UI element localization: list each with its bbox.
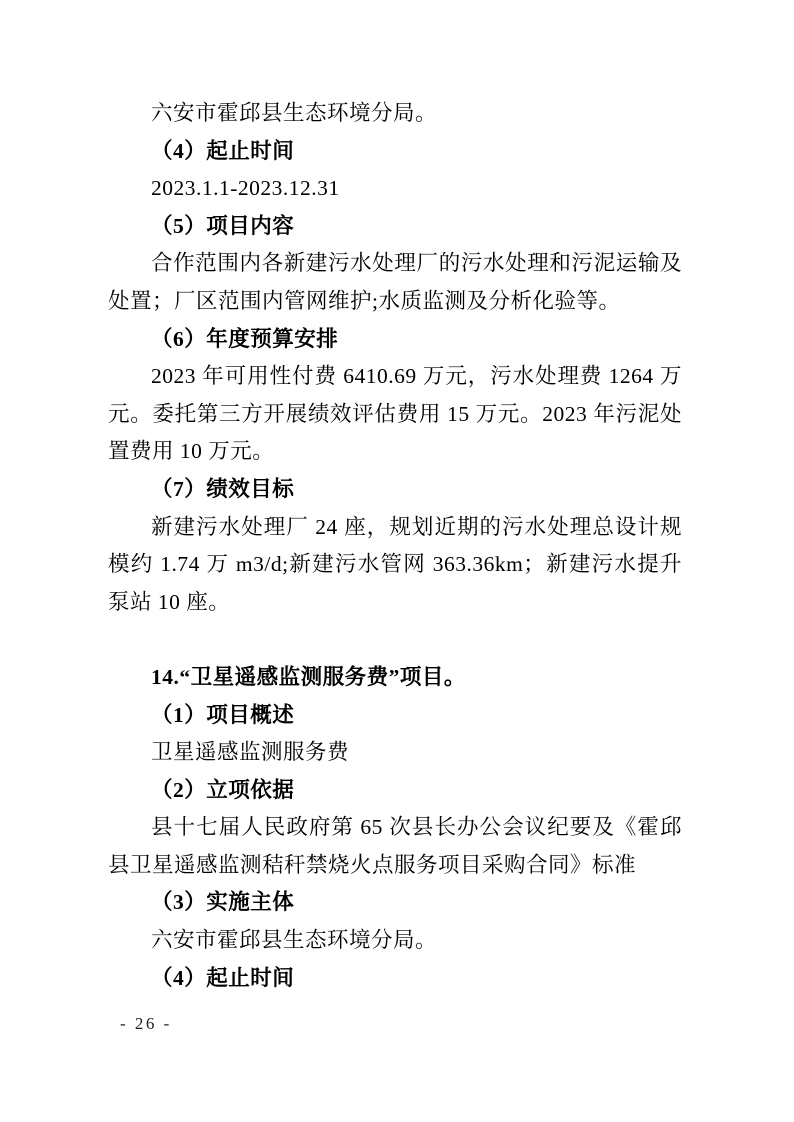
page-number: - 26 - [120, 1014, 172, 1034]
document-page: 六安市霍邱县生态环境分局。 （4）起止时间 2023.1.1-2023.12.3… [0, 0, 794, 1122]
paragraph: 新建污水处理厂 24 座，规划近期的污水处理总设计规模约 1.74 万 m3/d… [108, 509, 682, 622]
section-heading: （3）实施主体 [108, 884, 682, 922]
paragraph: 六安市霍邱县生态环境分局。 [108, 922, 682, 960]
section-heading: （4）起止时间 [108, 133, 682, 171]
paragraph: 卫星遥感监测服务费 [108, 734, 682, 772]
section-heading: （5）项目内容 [108, 208, 682, 246]
section-heading: （6）年度预算安排 [108, 321, 682, 359]
section-heading: （1）项目概述 [108, 697, 682, 735]
section-heading: （7）绩效目标 [108, 471, 682, 509]
paragraph: 合作范围内各新建污水处理厂的污水处理和污泥运输及处置；厂区范围内管网维护;水质监… [108, 245, 682, 320]
paragraph: 2023 年可用性付费 6410.69 万元，污水处理费 1264 万元。委托第… [108, 358, 682, 471]
section-heading: （4）起止时间 [108, 960, 682, 998]
page-content: 六安市霍邱县生态环境分局。 （4）起止时间 2023.1.1-2023.12.3… [108, 95, 682, 997]
paragraph: 县十七届人民政府第 65 次县长办公会议纪要及《霍邱县卫星遥感监测秸秆禁烧火点服… [108, 809, 682, 884]
item-heading: 14.“卫星遥感监测服务费”项目。 [108, 659, 682, 697]
section-heading: （2）立项依据 [108, 772, 682, 810]
paragraph: 2023.1.1-2023.12.31 [108, 170, 682, 208]
blank-line [108, 621, 682, 659]
paragraph: 六安市霍邱县生态环境分局。 [108, 95, 682, 133]
